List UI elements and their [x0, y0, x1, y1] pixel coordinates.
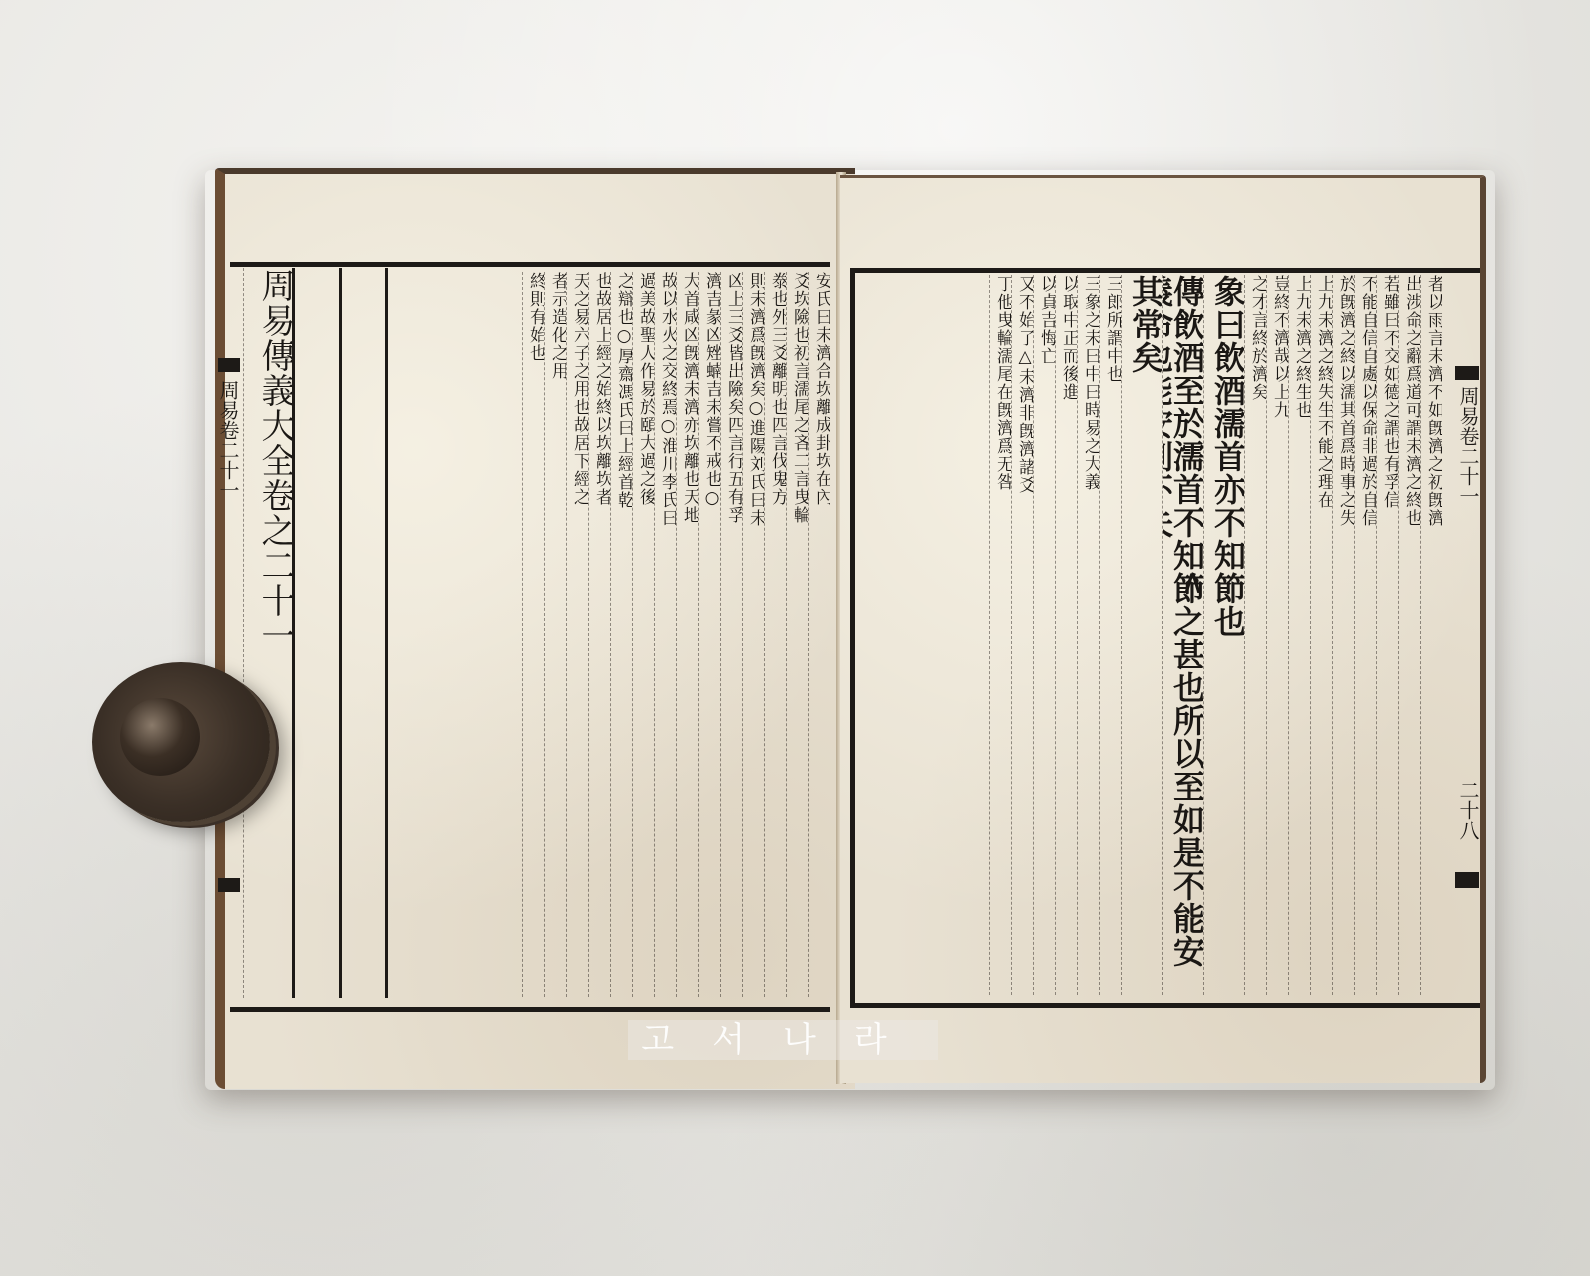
volume-title: 周易傳義大全卷之二十一 [243, 268, 292, 998]
text-column: 之辯也○厚齋馮氏曰上經首乾 [610, 272, 632, 997]
blank-column-rule [292, 268, 339, 998]
text-column: 以取中正而後進 [1055, 275, 1077, 995]
text-column: 安氏曰未濟合坎離成卦坎在內 [808, 272, 830, 997]
commentary-heading-column: 傳飲酒至於濡首不知節之甚也所以至如是不能安義命也能安則不失 [1162, 275, 1203, 995]
text-column: 三象之未曰中曰時易之大義 [1077, 275, 1099, 995]
text-column: 三郎所謂中也 [1099, 275, 1121, 995]
fishtail-mark-icon [218, 358, 240, 372]
text-column: 爻坎險也初言濡尾之吝二言曳輪 [786, 272, 808, 997]
text-column: 天之易六子之用也故居下經之 [566, 272, 588, 997]
left-text-block: 安氏曰未濟合坎離成卦坎在內 爻坎險也初言濡尾之吝二言曳輪 𣳾也外三爻離明也四言伐… [434, 272, 830, 997]
commentary-heading-column: 其常矣 [1121, 275, 1162, 995]
text-column: 濟吉彖凶矬蝻吉未嘗不戒也○ [698, 272, 720, 997]
text-column: 故以水火之交終焉○淮川李氏曰 [654, 272, 676, 997]
right-text-block: 者以雨言未濟不如旣濟之初旣濟 出涉命之辭爲道可謂未濟之終也 若雖曰不交如德之謂也… [858, 275, 1442, 995]
text-column: 不能自信自處以保命非過於自信 [1354, 275, 1376, 995]
weight-knob [120, 698, 200, 776]
text-column: 又不始了△未濟非旣濟諸爻 [1011, 275, 1033, 995]
blank-column-rule [339, 268, 386, 998]
watermark: 고서나라 [628, 1020, 938, 1060]
text-column: 者示造化之用 [544, 272, 566, 997]
text-column: 者以雨言未濟不如旣濟之初旣濟 [1420, 275, 1442, 995]
text-column: 以貞吉悔亡 [1033, 275, 1055, 995]
text-column: 大首咸凶旣濟未濟亦坎離也天地 [676, 272, 698, 997]
commentary-heading-column: 象曰飲酒濡首亦不知節也 [1203, 275, 1244, 995]
left-title-area: 周易傳義大全卷之二十一 [232, 268, 292, 998]
text-column: 上九未濟之終生也 [1288, 275, 1310, 995]
text-column: 於旣濟之終以濡其首爲時事之失 [1332, 275, 1354, 995]
fishtail-mark-icon [1455, 872, 1479, 888]
text-column: 丁他曳輪濡尾在旣濟爲无咎 [989, 275, 1011, 995]
fishtail-mark-icon [218, 878, 240, 892]
text-column: 若雖曰不交如德之謂也有孚信 [1376, 275, 1398, 995]
page-number: 二十八 [1458, 780, 1478, 840]
text-column: 凶上三爻皆出險矣四言行五有孚 [720, 272, 742, 997]
text-column: 之才言終於濟矣 [1244, 275, 1266, 995]
text-column: 則未濟爲旣濟矣○進陽刘氏曰未 [742, 272, 764, 997]
fishtail-mark-icon [1455, 366, 1479, 380]
text-column: 過美故聖人作易於頤大過之後 [632, 272, 654, 997]
text-column: 也故居上經之始終以坎離坎者 [588, 272, 610, 997]
text-column: 𣳾也外三爻離明也四言伐鬼方 [764, 272, 786, 997]
text-column: 豈終不濟哉以上九 [1266, 275, 1288, 995]
text-column: 上九未濟之終失生不能之理在 [1310, 275, 1332, 995]
text-column: 出涉命之辭爲道可謂未濟之終也 [1398, 275, 1420, 995]
annotation-mark-icon: ∧ [1180, 562, 1205, 602]
left-margin-label: 周易卷二十一 [218, 380, 238, 500]
left-blank-ruled-columns [292, 268, 432, 998]
brass-weight [92, 662, 270, 822]
text-column: 終則有始也 [522, 272, 544, 997]
blank-column-rule [385, 268, 432, 998]
right-margin-label: 周易卷二十一 [1458, 386, 1478, 506]
